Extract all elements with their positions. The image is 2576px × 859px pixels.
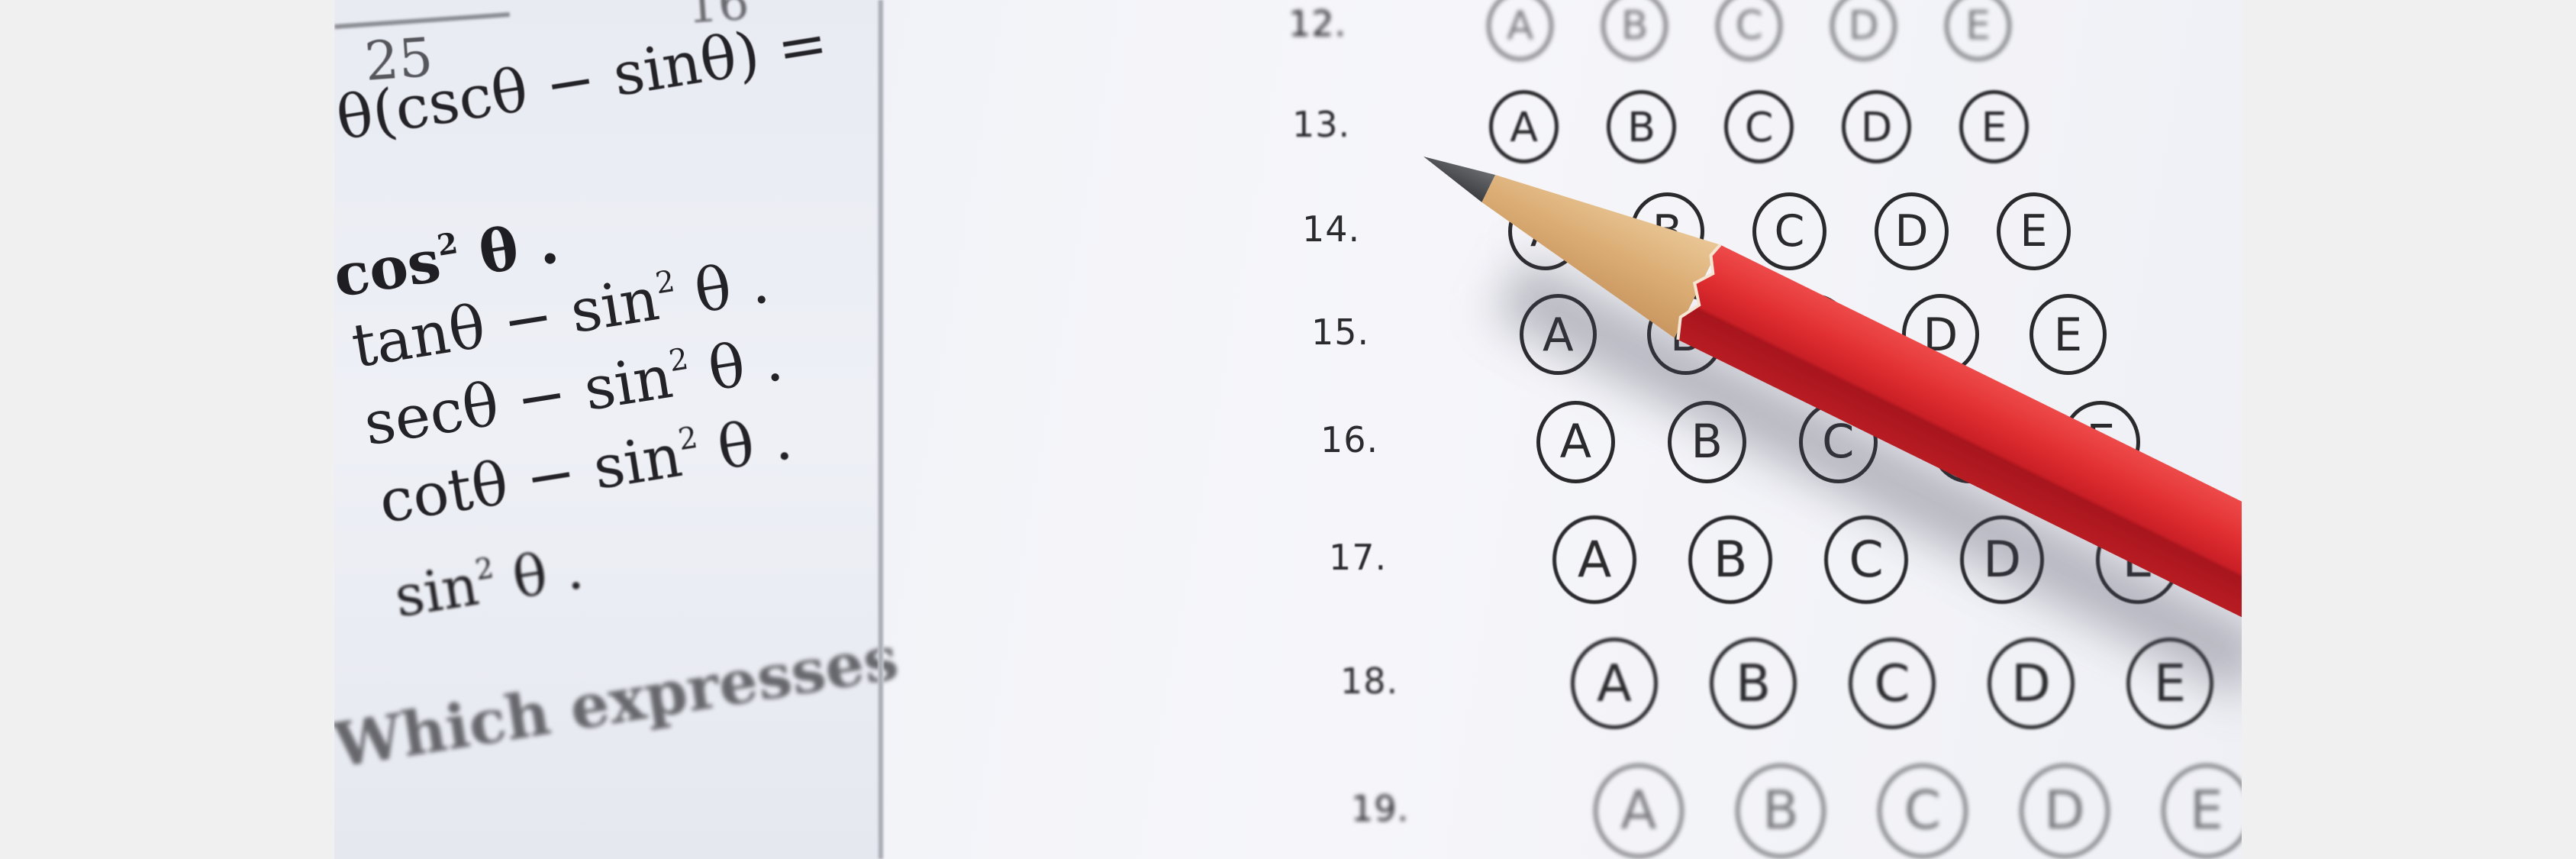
answer-bubble-a[interactable]: A <box>1536 401 1615 483</box>
answer-bubble-e[interactable]: E <box>1945 0 2011 61</box>
answer-bubble-a[interactable]: A <box>1552 515 1636 604</box>
question-number: 14. <box>1302 208 1360 250</box>
question-number: 19. <box>1351 788 1409 829</box>
answer-bubble-a[interactable]: A <box>1571 638 1658 729</box>
answer-bubble-e[interactable]: E <box>1959 90 2029 163</box>
answer-bubble-c[interactable]: C <box>1716 0 1782 61</box>
question-number: 16. <box>1320 419 1378 460</box>
answer-bubble-a[interactable]: A <box>1594 764 1684 858</box>
answer-bubble-d[interactable]: D <box>1875 192 1949 270</box>
photo: 25 16 θ(cscθ − sinθ) = cos2 θ . tanθ − s… <box>334 0 2242 859</box>
answer-bubble-c[interactable]: C <box>1724 90 1794 163</box>
answer-bubble-a[interactable]: A <box>1487 0 1553 61</box>
answer-bubble-e[interactable]: E <box>2030 294 2107 375</box>
question-number: 13. <box>1292 104 1350 145</box>
math-line-6: sin2 θ . <box>390 536 587 631</box>
pencil-lead <box>1417 143 1495 202</box>
answer-bubble-b[interactable]: B <box>1736 764 1826 858</box>
question-prompt: Which expresses <box>334 622 903 782</box>
answer-bubble-b[interactable]: B <box>1710 638 1797 729</box>
answer-bubble-c[interactable]: C <box>1878 764 1968 858</box>
answer-bubble-d[interactable]: D <box>2020 764 2110 858</box>
answer-bubble-d[interactable]: D <box>1830 0 1897 61</box>
answer-bubble-c[interactable]: C <box>1849 638 1936 729</box>
answer-bubble-b[interactable]: B <box>1688 515 1772 604</box>
question-number: 17. <box>1329 537 1387 578</box>
answer-bubble-c[interactable]: C <box>1824 515 1908 604</box>
answer-bubble-b[interactable]: B <box>1607 90 1676 163</box>
answer-bubble-e[interactable]: E <box>2162 764 2242 858</box>
question-number: 12. <box>1288 3 1346 44</box>
question-number: 18. <box>1340 660 1398 702</box>
answer-bubble-d[interactable]: D <box>1988 638 2075 729</box>
answer-bubble-c[interactable]: C <box>1752 192 1826 270</box>
page-fold <box>878 0 884 859</box>
question-number: 15. <box>1311 312 1369 353</box>
answer-bubble-b[interactable]: B <box>1601 0 1668 61</box>
answer-bubble-e[interactable]: E <box>1997 192 2071 270</box>
answer-bubble-d[interactable]: D <box>1842 90 1911 163</box>
question-page: 25 16 θ(cscθ − sinθ) = cos2 θ . tanθ − s… <box>334 0 878 859</box>
